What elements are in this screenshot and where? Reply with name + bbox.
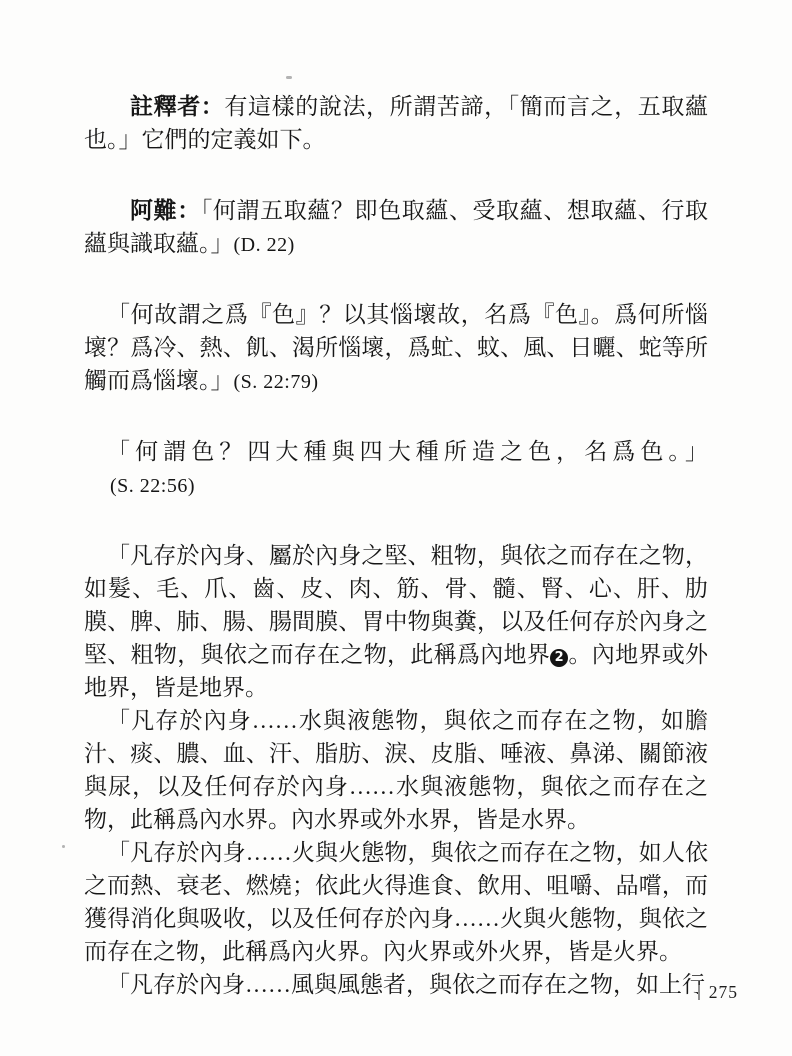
paragraph-ananda: 阿難：「何謂五取蘊？即色取蘊、受取蘊、想取蘊、行取蘊與識取蘊。」(D. 22) — [84, 194, 708, 262]
book-page: 註釋者：有這樣的說法，所謂苦諦，「簡而言之，五取蘊也。」它們的定義如下。 阿難：… — [0, 0, 792, 1056]
page-number: 275 — [698, 982, 738, 1002]
paragraph-text: 「凡存於內身……風與風態者，與依之而存在之物，如上行 — [107, 972, 705, 997]
paragraph-earth-element: 「凡存於內身、屬於內身之堅、粗物，與依之而存在之物，如髮、毛、爪、齒、皮、肉、筋… — [84, 539, 708, 704]
citation: (D. 22) — [234, 234, 295, 256]
paragraph-water-element: 「凡存於內身……水與液態物，與依之而存在之物，如膽汁、痰、膿、血、汗、脂肪、淚、… — [84, 704, 708, 836]
paragraph-fire-element: 「凡存於內身……火與火態物，與依之而存在之物，如人依之而熱、衰老、燃燒；依此火得… — [84, 836, 708, 968]
paragraph-text: 「何故謂之爲『色』？以其惱壞故，名爲『色』。爲何所惱壞？爲冷、熱、飢、渴所惱壞，… — [84, 302, 708, 393]
page-number-rule — [698, 985, 700, 1000]
paragraph-commentator: 註釋者：有這樣的說法，所謂苦諦，「簡而言之，五取蘊也。」它們的定義如下。 — [84, 90, 708, 158]
paragraph-wind-element: 「凡存於內身……風與風態者，與依之而存在之物，如上行 — [84, 968, 708, 1001]
paragraph-quote-form: 「何謂色？四大種與四大種所造之色，名爲色。」(S. 22:56) — [84, 435, 708, 503]
speaker-lead: 註釋者： — [130, 94, 224, 119]
scan-speck — [286, 76, 292, 79]
paragraph-text: 「何謂色？四大種與四大種所造之色，名爲色。」 — [107, 439, 708, 464]
page-number-value: 275 — [709, 982, 738, 1002]
citation: (S. 22:79) — [234, 371, 319, 393]
paragraph-quote-afflicted: 「何故謂之爲『色』？以其惱壞故，名爲『色』。爲何所惱壞？爲冷、熱、飢、渴所惱壞，… — [84, 298, 708, 399]
footnote-marker: 2 — [550, 649, 568, 667]
speaker-lead: 阿難： — [130, 198, 201, 223]
paragraph-text: 「凡存於內身……水與液態物，與依之而存在之物，如膽汁、痰、膿、血、汗、脂肪、淚、… — [84, 708, 708, 832]
citation: (S. 22:56) — [110, 475, 195, 497]
paragraph-text: 「凡存於內身……火與火態物，與依之而存在之物，如人依之而熱、衰老、燃燒；依此火得… — [84, 840, 708, 964]
scan-speck — [62, 845, 65, 848]
